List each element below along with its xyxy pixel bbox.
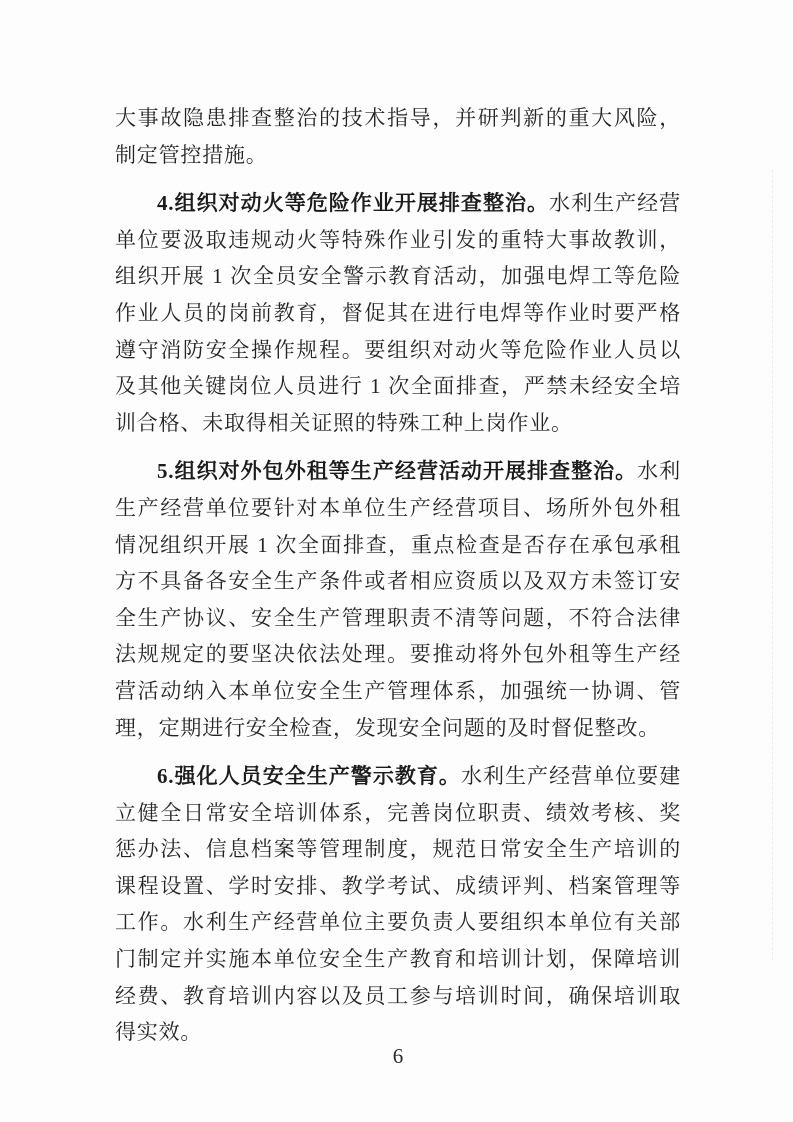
paragraph-item-6: 6.强化人员安全生产警示教育。水利生产经营单位要建立健全日常安全培训体系，完善岗… (115, 758, 681, 1051)
paragraph-text: 水利生产经营单位要汲取违规动火等特殊作业引发的重特大事故教训，组织开展 1 次全… (115, 191, 681, 435)
paragraph-lead: 4.组织对动火等危险作业开展排查整治。 (157, 191, 549, 215)
paragraph-text: 水利生产经营单位要针对本单位生产经营项目、场所外包外租情况组织开展 1 次全面排… (115, 459, 681, 739)
paragraph-item-5: 5.组织对外包外租等生产经营活动开展排查整治。水利生产经营单位要针对本单位生产经… (115, 453, 681, 746)
paragraph-continuation: 大事故隐患排查整治的技术指导，并研判新的重大风险，制定管控措施。 (115, 100, 681, 173)
paragraph-text: 大事故隐患排查整治的技术指导，并研判新的重大风险，制定管控措施。 (115, 106, 681, 167)
paragraph-lead: 5.组织对外包外租等生产经营活动开展排查整治。 (157, 459, 637, 483)
page-number: 6 (115, 1038, 681, 1074)
scan-artifact-line (772, 170, 773, 960)
document-body: 大事故隐患排查整治的技术指导，并研判新的重大风险，制定管控措施。 4.组织对动火… (115, 100, 681, 1051)
paragraph-item-4: 4.组织对动火等危险作业开展排查整治。水利生产经营单位要汲取违规动火等特殊作业引… (115, 185, 681, 441)
paragraph-text: 水利生产经营单位要建立健全日常安全培训体系，完善岗位职责、绩效考核、奖惩办法、信… (115, 764, 681, 1044)
document-page: 大事故隐患排查整治的技术指导，并研判新的重大风险，制定管控措施。 4.组织对动火… (0, 0, 793, 1122)
paragraph-lead: 6.强化人员安全生产警示教育。 (157, 764, 461, 788)
